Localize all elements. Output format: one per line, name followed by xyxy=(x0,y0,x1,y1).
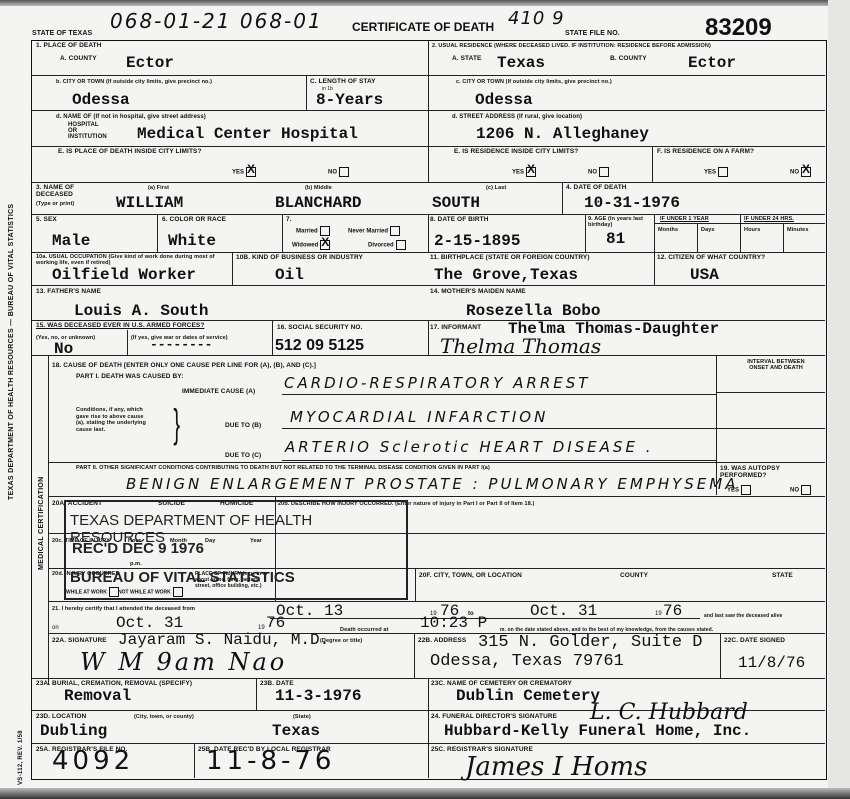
last-name-field[interactable]: SOUTH xyxy=(432,194,480,212)
city-county-label: (City, town, or county) xyxy=(134,713,194,721)
divider xyxy=(48,355,49,685)
signature-label: 22a. SIGNATURE xyxy=(52,637,107,645)
physician-signature: W M 9am Nao xyxy=(80,648,287,676)
divider xyxy=(31,285,825,286)
birthplace-label: 11. BIRTHPLACE (State or foreign country… xyxy=(430,254,590,262)
father-label: 13. FATHER'S NAME xyxy=(36,288,101,296)
conditions-note: Conditions, if any, which gave rise to a… xyxy=(76,407,146,433)
res-county-field[interactable]: Ector xyxy=(688,54,736,72)
form-number-label: VS-112, REV. 1/58 xyxy=(18,730,24,785)
burial-date-field[interactable]: 11-3-1976 xyxy=(275,687,361,705)
divider xyxy=(428,214,429,252)
middle-name-label: (b) Middle xyxy=(305,184,332,192)
on-label: on xyxy=(52,625,59,631)
part2-label: PART II. OTHER SIGNIFICANT CONDITIONS CO… xyxy=(76,464,490,472)
divider xyxy=(697,223,698,252)
divider xyxy=(562,182,563,214)
state-file-label: STATE FILE NO. xyxy=(565,30,620,38)
checkbox[interactable] xyxy=(741,485,751,495)
injury-state-label: STATE xyxy=(772,572,793,580)
divider xyxy=(654,214,655,252)
divider xyxy=(740,214,741,252)
stamp-line-2: REC'D DEC 9 1976 xyxy=(72,540,204,557)
checkbox[interactable] xyxy=(339,167,349,177)
divider xyxy=(306,75,307,110)
divider xyxy=(428,320,429,355)
checkbox[interactable] xyxy=(801,485,811,495)
immediate-cause-label: IMMEDIATE CAUSE (a) xyxy=(182,388,255,396)
farm-yes[interactable]: YES xyxy=(704,167,728,177)
place-of-death-label: 1. PLACE OF DEATH xyxy=(36,42,102,50)
last-saw-label: and last saw the deceased alive xyxy=(704,612,782,620)
divider xyxy=(415,568,416,601)
divider xyxy=(282,460,716,461)
citizen-field[interactable]: USA xyxy=(690,266,719,284)
stay-field[interactable]: 8-Years xyxy=(316,91,383,109)
burial-type-field[interactable]: Removal xyxy=(64,687,131,705)
scan-bottom-edge xyxy=(0,788,850,799)
divider xyxy=(428,678,429,778)
interval-label: INTERVAL BETWEEN ONSET AND DEATH xyxy=(746,359,806,371)
location-state-field[interactable]: Texas xyxy=(272,722,320,740)
handwritten-reference: 068-01-21 068-01 xyxy=(110,12,323,30)
months-label: Months xyxy=(658,226,678,234)
business-label: 10b. KIND OF BUSINESS OR INDUSTRY xyxy=(236,254,363,262)
res-city-field[interactable]: Odessa xyxy=(475,91,533,109)
divider xyxy=(127,330,128,355)
death-limits-no[interactable]: NO xyxy=(328,167,349,177)
injury-county-label: COUNTY xyxy=(620,572,648,580)
father-field[interactable]: Louis A. South xyxy=(74,302,208,320)
funeral-director-label: 24. FUNERAL DIRECTOR'S SIGNATURE xyxy=(431,713,557,721)
minutes-label: Minutes xyxy=(787,226,808,234)
divider xyxy=(232,252,233,285)
checkbox[interactable] xyxy=(390,226,400,236)
divider xyxy=(48,601,825,602)
service-field[interactable]: -------- xyxy=(150,336,212,354)
due-to-b-label: DUE TO (b) xyxy=(225,422,261,430)
marital-widowed[interactable]: Widowed xyxy=(292,240,330,250)
death-date-label: 4. DATE OF DEATH xyxy=(566,184,627,192)
divider xyxy=(48,496,825,497)
divider xyxy=(716,428,825,429)
date-signed-label: 22c. DATE SIGNED xyxy=(724,637,785,645)
checkbox-checked[interactable] xyxy=(246,167,256,177)
checkbox[interactable] xyxy=(718,167,728,177)
registrar-signature: James I Homs xyxy=(465,752,647,782)
year-prefix-2: 19 xyxy=(655,611,662,617)
last-seen-year[interactable]: 76 xyxy=(266,614,285,632)
department-side-label: TEXAS DEPARTMENT OF HEALTH RESOURCES — B… xyxy=(8,204,15,500)
death-county-field[interactable]: Ector xyxy=(126,54,174,72)
divider xyxy=(716,392,825,393)
divider xyxy=(31,743,825,744)
days-label: Days xyxy=(701,226,715,234)
divider xyxy=(282,214,283,252)
birth-date-label: 8. DATE OF BIRTH xyxy=(430,216,489,224)
location-field[interactable]: Dubling xyxy=(40,722,107,740)
inside-limits-label: e. IS PLACE OF DEATH INSIDE CITY LIMITS? xyxy=(58,148,202,156)
divider xyxy=(654,252,655,285)
occupation-label: 10a. USUAL OCCUPATION (Give kind of work… xyxy=(36,254,228,266)
death-date-field[interactable]: 10-31-1976 xyxy=(584,194,680,212)
mother-label: 14. MOTHER'S MAIDEN NAME xyxy=(430,288,526,296)
due-to-b-field[interactable]: MYOCARDIAL INFARCTION xyxy=(290,408,548,426)
divider xyxy=(272,320,273,355)
part1-label: PART I. DEATH WAS CAUSED BY: xyxy=(76,373,184,381)
divider xyxy=(652,146,653,182)
date-signed-field[interactable]: 11/8/76 xyxy=(738,654,805,672)
divider xyxy=(31,110,825,111)
birthplace-field[interactable]: The Grove,Texas xyxy=(434,266,578,284)
state-of-texas-label: STATE OF TEXAS xyxy=(32,30,92,38)
bracket: } xyxy=(173,404,180,444)
residence-label: 2. USUAL RESIDENCE (Where deceased lived… xyxy=(432,42,711,50)
divider xyxy=(194,743,195,778)
autopsy-label: 19. WAS AUTOPSY PERFORMED? xyxy=(720,465,820,479)
funeral-home-field[interactable]: Hubbard-Kelly Funeral Home, Inc. xyxy=(444,722,751,740)
res-state-field[interactable]: Texas xyxy=(497,54,545,72)
race-label: 6. COLOR OR RACE xyxy=(162,216,226,224)
hospital-field[interactable]: Medical Center Hospital xyxy=(137,125,358,143)
ssn-label: 16. SOCIAL SECURITY NO. xyxy=(277,324,363,332)
stay-label: c. LENGTH OF STAY xyxy=(310,78,376,86)
cemetery-field[interactable]: Dublin Cemetery xyxy=(456,687,600,705)
informant-label: 17. INFORMANT xyxy=(430,324,481,332)
divider xyxy=(31,75,825,76)
location-state-label: (State) xyxy=(293,713,311,721)
res-state-label: a. STATE xyxy=(452,55,481,63)
checkbox-checked[interactable] xyxy=(526,167,536,177)
divider xyxy=(282,394,716,395)
res-inside-limits-label: e. IS RESIDENCE INSIDE CITY LIMITS? xyxy=(454,148,578,156)
scan-right-edge xyxy=(828,0,850,799)
city-label: b. CITY OR TOWN (If outside city limits,… xyxy=(56,78,212,86)
under-year-label: IF UNDER 1 YEAR xyxy=(660,215,709,223)
death-time-field[interactable]: 10:23 P xyxy=(420,614,487,632)
birth-date-field[interactable]: 2-15-1895 xyxy=(434,232,520,250)
autopsy-yes[interactable]: YES xyxy=(727,485,751,495)
checkbox[interactable] xyxy=(599,167,609,177)
first-name-field[interactable]: WILLIAM xyxy=(116,194,183,212)
under-day-label: IF UNDER 24 HRS. xyxy=(744,215,794,223)
divider xyxy=(428,146,429,182)
mother-field[interactable]: Rosezella Bobo xyxy=(466,302,600,320)
divider xyxy=(31,355,825,356)
divider xyxy=(157,214,158,252)
divider xyxy=(48,462,825,463)
age-label: 9. AGE (In years last birthday) xyxy=(588,216,652,228)
name-label: 3. NAME OF DECEASED xyxy=(36,184,86,198)
registrar-file-field[interactable]: 4092 xyxy=(52,752,134,770)
first-name-label: (a) First xyxy=(148,184,169,192)
sex-field[interactable]: Male xyxy=(52,232,90,250)
degree-label: (Degree or title) xyxy=(320,637,362,645)
divider xyxy=(428,40,429,155)
death-city-field[interactable]: Odessa xyxy=(72,91,130,109)
hospital-label-2: HOSPITAL OR INSTITUTION xyxy=(68,122,108,140)
divider xyxy=(720,633,721,678)
divider xyxy=(31,252,825,253)
citizen-label: 12. CITIZEN OF WHAT COUNTRY? xyxy=(657,254,765,262)
scan-top-edge xyxy=(0,0,850,6)
address-line-2: Odessa, Texas 79761 xyxy=(430,653,624,671)
last-seen-date[interactable]: Oct. 31 xyxy=(116,614,183,632)
name-sublabel: (Type or print) xyxy=(36,200,74,208)
county-label: a. COUNTY xyxy=(60,55,97,63)
marital-divorced[interactable]: Divorced xyxy=(368,240,406,250)
marital-label: 7. xyxy=(286,216,292,224)
part2-field[interactable]: BENIGN ENLARGEMENT PROSTATE : PULMONARY … xyxy=(126,475,739,493)
divider xyxy=(256,678,257,710)
stamp-line-3: BUREAU OF VITAL STATISTICS xyxy=(70,569,295,586)
res-limits-no[interactable]: NO xyxy=(588,167,609,177)
hospital-label-1: d. NAME OF (If not in hospital, give str… xyxy=(56,113,206,121)
divider xyxy=(282,428,716,429)
sex-label: 5. SEX xyxy=(36,216,57,224)
checkbox-checked[interactable] xyxy=(801,167,811,177)
divider xyxy=(31,182,825,183)
business-field[interactable]: Oil xyxy=(275,266,304,284)
divider xyxy=(716,355,717,495)
autopsy-no[interactable]: NO xyxy=(790,485,811,495)
divider xyxy=(585,214,586,252)
hours-label: Hours xyxy=(744,226,760,234)
ssn-field[interactable]: 512 09 5125 xyxy=(275,337,364,355)
death-limits-yes[interactable]: YES xyxy=(232,167,256,177)
cause-label: 18. CAUSE OF DEATH [Enter only one cause… xyxy=(52,362,316,370)
middle-name-field[interactable]: BLANCHARD xyxy=(275,194,361,212)
due-to-c-field[interactable]: ARTERIO Sclerotic HEART DISEASE . xyxy=(285,438,653,456)
certificate-title: CERTIFICATE OF DEATH xyxy=(352,20,494,34)
immediate-cause-field[interactable]: CARDIO-RESPIRATORY ARREST xyxy=(284,374,590,392)
certify-label: 21. I hereby certify that I attended the… xyxy=(52,605,195,613)
address-label: 22b. ADDRESS xyxy=(418,637,466,645)
divider xyxy=(783,223,784,252)
street-field[interactable]: 1206 N. Alleghaney xyxy=(476,125,649,143)
received-stamp: TEXAS DEPARTMENT OF HEALTH RESOURCES REC… xyxy=(64,500,408,600)
occupation-field[interactable]: Oilfield Worker xyxy=(52,266,196,284)
res-county-label: b. COUNTY xyxy=(610,55,647,63)
checkbox[interactable] xyxy=(396,240,406,250)
res-limits-yes[interactable]: YES xyxy=(512,167,536,177)
divider xyxy=(414,633,415,678)
physician-typed-name: Jayaram S. Naidu, M.D. xyxy=(118,631,329,649)
race-field[interactable]: White xyxy=(168,232,216,250)
age-field[interactable]: 81 xyxy=(606,230,625,248)
armed-forces-label: 15. WAS DECEASED EVER IN U.S. ARMED FORC… xyxy=(36,322,204,330)
checkbox-checked[interactable] xyxy=(320,240,330,250)
farm-no[interactable]: NO xyxy=(790,167,811,177)
state-file-number: 83209 xyxy=(705,14,772,42)
farm-label: f. IS RESIDENCE ON A FARM? xyxy=(657,148,754,156)
address-line-1: 315 N. Golder, Suite D xyxy=(478,634,702,652)
street-label: d. STREET ADDRESS (If rural, give locati… xyxy=(452,113,582,121)
handwritten-number: 410 9 xyxy=(508,10,565,28)
last-name-label: (c) Last xyxy=(486,184,506,192)
marital-never-married[interactable]: Never Married xyxy=(348,226,400,236)
due-to-c-label: DUE TO (c) xyxy=(225,452,261,460)
registrar-date-field[interactable]: 11-8-76 xyxy=(206,752,335,770)
location-label: 23d. LOCATION xyxy=(36,713,86,721)
injury-city-label: 20f. CITY, TOWN, OR LOCATION xyxy=(419,572,522,580)
res-city-label: c. CITY OR TOWN (If outside city limits,… xyxy=(456,78,612,86)
